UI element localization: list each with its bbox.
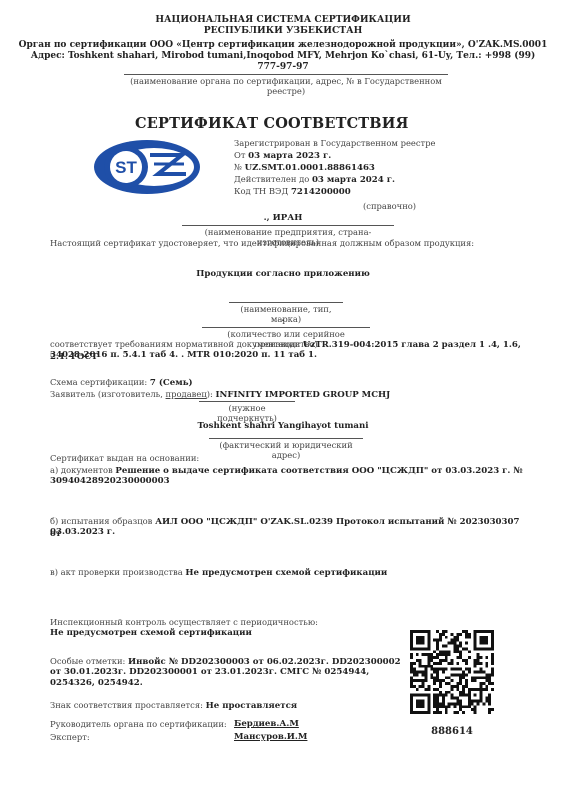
inspection-label: Инспекционный контроль осуществляет с пе… (50, 617, 318, 628)
mark-row: Знак соответствия проставляется: Не прос… (50, 700, 297, 712)
basis-audit-row: в) акт проверки производства Не предусмо… (50, 567, 387, 579)
st-logo-icon: ST (92, 138, 202, 196)
national-system-title: НАЦИОНАЛЬНАЯ СИСТЕМА СЕРТИФИКАЦИИ (0, 14, 566, 26)
issue-date: 03 марта 2023 г. (248, 151, 331, 161)
certificate-number: UZ.SMT.01.0001.88861463 (245, 163, 375, 173)
basis-b-label: б) испытания образцов (50, 516, 152, 526)
issue-date-row: От 03 марта 2023 г. (234, 150, 331, 162)
basis-label: Сертификат выдан на основании: (50, 453, 199, 464)
basis-c-label: в) акт проверки производства (50, 567, 183, 577)
head-label: Руководитель органа по сертификации: (50, 719, 227, 730)
basis-a-value-cont: 30940428920230000003 (50, 476, 170, 486)
republic-title: РЕСПУБЛИКИ УЗБЕКИСТАН (0, 25, 566, 37)
valid-date: 03 марта 2024 г. (312, 175, 395, 185)
notes-value-line3: 0254326, 0254942. (50, 678, 143, 688)
applicant-value: INFINITY IMPORTED GROUP MCHJ (216, 390, 391, 400)
conformity-label: соответствует требованиям нормативной до… (50, 339, 300, 349)
applicant-label-seller: продавец (166, 389, 207, 399)
basis-c-value: Не предусмотрен схемой сертификации (185, 568, 387, 578)
hs-code-label: Код ТН ВЭД (234, 186, 288, 196)
number-label: № (234, 162, 242, 172)
expert-label: Эксперт: (50, 732, 90, 743)
certification-logo: ST (92, 138, 202, 196)
valid-label: Действителен до (234, 174, 309, 184)
qr-number: 888614 (402, 726, 502, 737)
mark-label: Знак соответствия проставляется: (50, 700, 203, 710)
expert-name: Мансуров.И.М (234, 732, 307, 742)
registered-label: Зарегистрирован в Государственном реестр… (234, 138, 436, 149)
applicant-row: Заявитель (изготовитель, продавец): INFI… (50, 389, 390, 401)
svg-text:ST: ST (115, 158, 137, 177)
scheme-row: Схема сертификации: 7 (Семь) (50, 377, 193, 389)
organ-phone: 777-97-97 (0, 62, 566, 74)
qr-code[interactable] (410, 630, 494, 714)
hs-code-row: Код ТН ВЭД 7214200000 (234, 186, 351, 198)
quantity-value: . (0, 314, 566, 324)
from-label: От (234, 150, 246, 160)
scheme-value: 7 (Семь) (150, 378, 193, 388)
certificate-number-row: № UZ.SMT.01.0001.88861463 (234, 162, 375, 174)
organ-address: Адрес: Toshkent shahari, Mirobod tumani,… (0, 51, 566, 63)
conformity-standards-cont: 34028-2016 п. 5.4.1 таб 4. . MTR 010:202… (50, 350, 317, 360)
applicant-label-prefix: Заявитель (изготовитель, (50, 389, 166, 399)
address-caption: (фактический и юридический адрес) (209, 438, 363, 460)
organ-name: Орган по сертификации ООО «Центр сертифи… (0, 40, 566, 52)
valid-until-row: Действителен до 03 марта 2024 г. (234, 174, 395, 186)
mark-value: Не проставляется (206, 701, 298, 711)
basis-tests-row: б) испытания образцов АИЛ ООО "ЦСЖДП" O'… (50, 516, 530, 540)
statement-text: Настоящий сертификат удостоверяет, что и… (50, 238, 474, 249)
qr-code-icon (410, 630, 494, 714)
product-value: Продукции согласно приложению (0, 269, 566, 279)
scheme-label: Схема сертификации: (50, 377, 147, 387)
applicant-address: Toshkent shahri Yangihayot tumani (0, 421, 566, 431)
notes-value: Инвойс № DD202300003 от 06.02.2023г. DD2… (128, 657, 401, 667)
hs-code: 7214200000 (291, 187, 351, 197)
applicant-label-suffix: ): (207, 389, 213, 399)
inspection-value: Не предусмотрен схемой сертификации (50, 628, 252, 638)
reference-note: (справочно) (363, 201, 416, 212)
basis-a-label: а) документов (50, 465, 113, 475)
certificate-title: СЕРТИФИКАТ СООТВЕТСТВИЯ (135, 115, 409, 132)
head-name: Бердиев.А.М (234, 719, 299, 729)
notes-label: Особые отметки: (50, 656, 125, 666)
notes-value-line2: от 30.01.2023г. DD202300001 от 23.01.202… (50, 667, 369, 677)
manufacturer-value: ., ИРАН (0, 213, 566, 223)
basis-b-value-cont: 03.03.2023 г. (50, 527, 115, 537)
applicant-caption: (нужное подчеркнуть) (199, 401, 295, 423)
organ-caption: (наименование органа по сертификации, ад… (124, 74, 448, 96)
basis-a-value: Решение о выдаче сертификата соответстви… (115, 466, 522, 476)
